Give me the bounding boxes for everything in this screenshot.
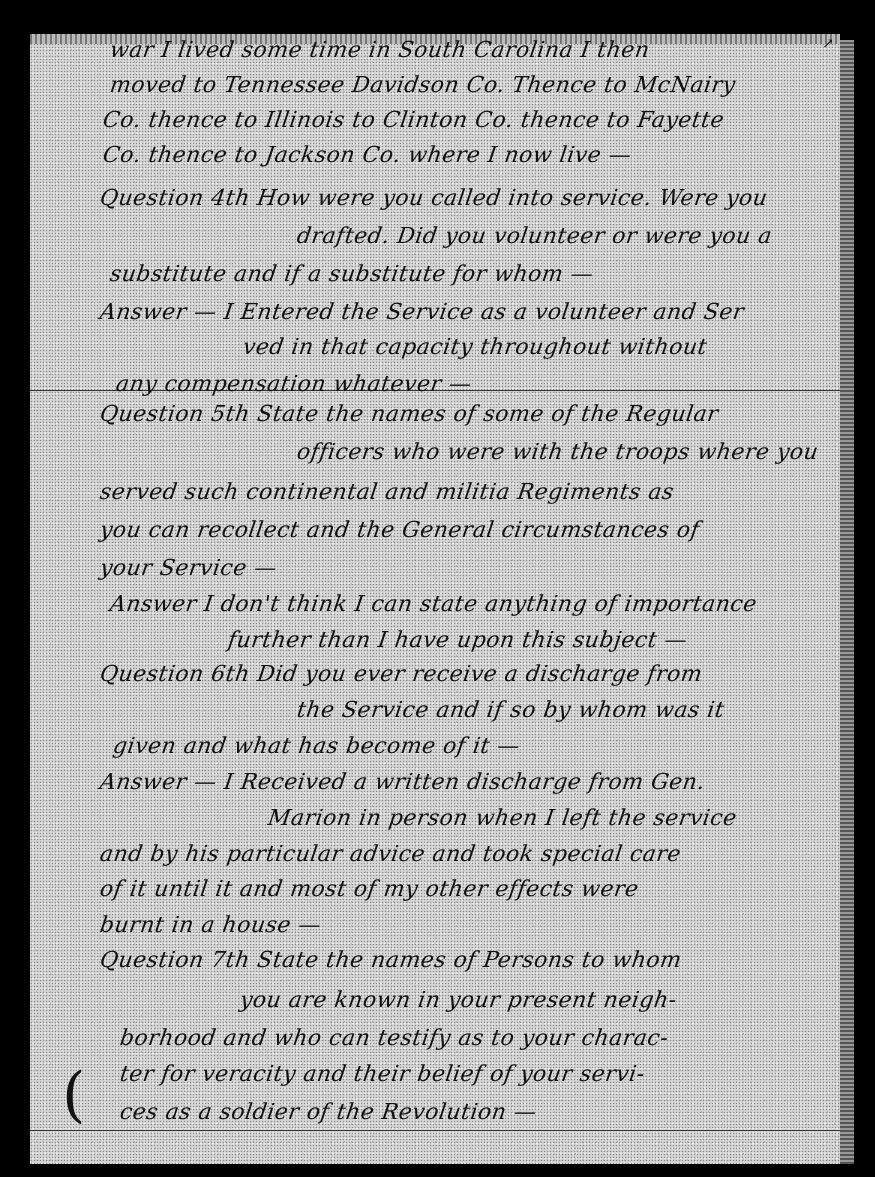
manuscript-line: Answer — I Entered the Service as a volu… — [98, 300, 745, 325]
manuscript-line: Question 5th State the names of some of … — [98, 402, 720, 427]
manuscript-line: the Service and if so by whom was it — [295, 698, 726, 723]
manuscript-line: moved to Tennessee Davidson Co. Thence t… — [108, 73, 737, 98]
manuscript-line: ter for veracity and their belief of you… — [118, 1062, 646, 1087]
manuscript-line: Co. thence to Jackson Co. where I now li… — [101, 143, 633, 168]
page-right-edge — [840, 40, 854, 1164]
manuscript-line: Marion in person when I left the service — [266, 806, 738, 831]
manuscript-line: Question 7th State the names of Persons … — [98, 948, 683, 973]
manuscript-line: your Service — — [98, 556, 278, 581]
manuscript-line: served such continental and militia Regi… — [98, 480, 675, 505]
manuscript-line: and by his particular advice and took sp… — [98, 842, 682, 867]
manuscript-line: war I lived some time in South Carolina … — [108, 38, 651, 63]
manuscript-line: Question 4th How were you called into se… — [98, 186, 769, 211]
manuscript-line: Answer — I Received a written discharge … — [98, 770, 706, 795]
manuscript-line: borhood and who can testify as to your c… — [118, 1026, 670, 1051]
manuscript-line: Question 6th Did you ever receive a disc… — [98, 662, 704, 687]
manuscript-line: Co. thence to Illinois to Clinton Co. th… — [101, 108, 726, 133]
manuscript-line: substitute and if a substitute for whom … — [108, 262, 595, 287]
manuscript-line: ved in that capacity throughout without — [241, 335, 709, 360]
manuscript-line: of it until it and most of my other effe… — [98, 877, 640, 902]
manuscript-line: you are known in your present neigh- — [238, 988, 678, 1013]
manuscript-line: further than I have upon this subject — — [226, 628, 689, 653]
manuscript-line: ces as a soldier of the Revolution — — [118, 1100, 538, 1125]
manuscript-line: any compensation whatever — — [114, 372, 473, 397]
manuscript-line: drafted. Did you volunteer or were you a — [295, 224, 773, 249]
manuscript-line: Answer I don't think I can state anythin… — [108, 592, 758, 617]
ruled-line — [30, 1130, 840, 1131]
manuscript-line: given and what has become of it — — [111, 734, 521, 759]
manuscript-line: you can recollect and the General circum… — [98, 518, 701, 543]
corner-fold-mark: ↗ — [822, 36, 834, 52]
manuscript-line: officers who were with the troops where … — [295, 440, 820, 465]
manuscript-line: burnt in a house — — [98, 913, 322, 938]
margin-bracket-mark: ( — [62, 1060, 85, 1130]
